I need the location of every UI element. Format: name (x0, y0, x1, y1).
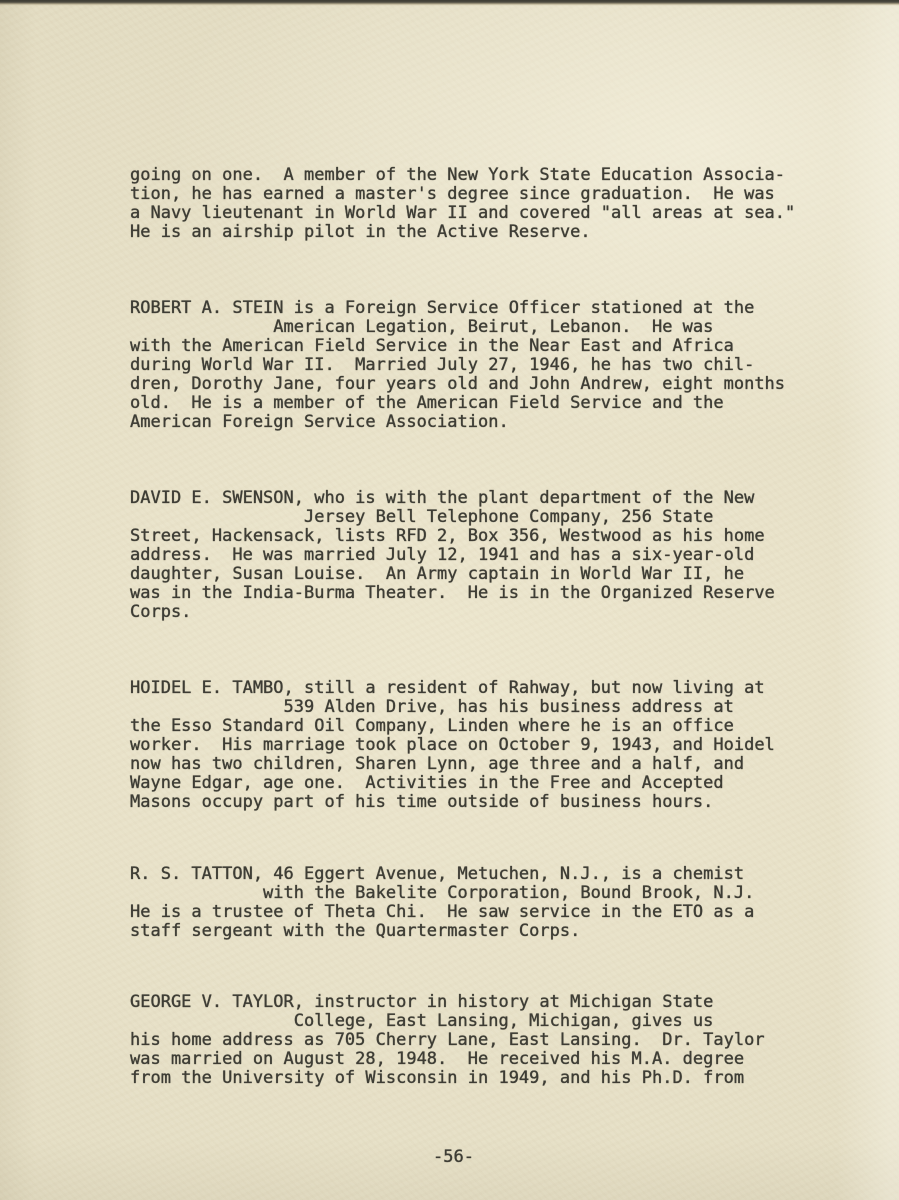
scan-edge-artifact (0, 0, 899, 6)
bio-paragraph-continuation: going on one. A member of the New York S… (130, 166, 795, 242)
bio-paragraph-robert-a-stein: ROBERT A. STEIN is a Foreign Service Off… (130, 299, 785, 432)
bio-paragraph-david-e-swenson: DAVID E. SWENSON, who is with the plant … (130, 489, 775, 622)
scanned-document-page: going on one. A member of the New York S… (0, 0, 899, 1200)
page-number: -56- (433, 1148, 474, 1167)
bio-paragraph-hoidel-e-tambo: HOIDEL E. TAMBO, still a resident of Rah… (130, 679, 775, 812)
bio-paragraph-george-v-taylor: GEORGE V. TAYLOR, instructor in history … (130, 993, 765, 1088)
bio-paragraph-r-s-tatton: R. S. TATTON, 46 Eggert Avenue, Metuchen… (130, 865, 754, 941)
